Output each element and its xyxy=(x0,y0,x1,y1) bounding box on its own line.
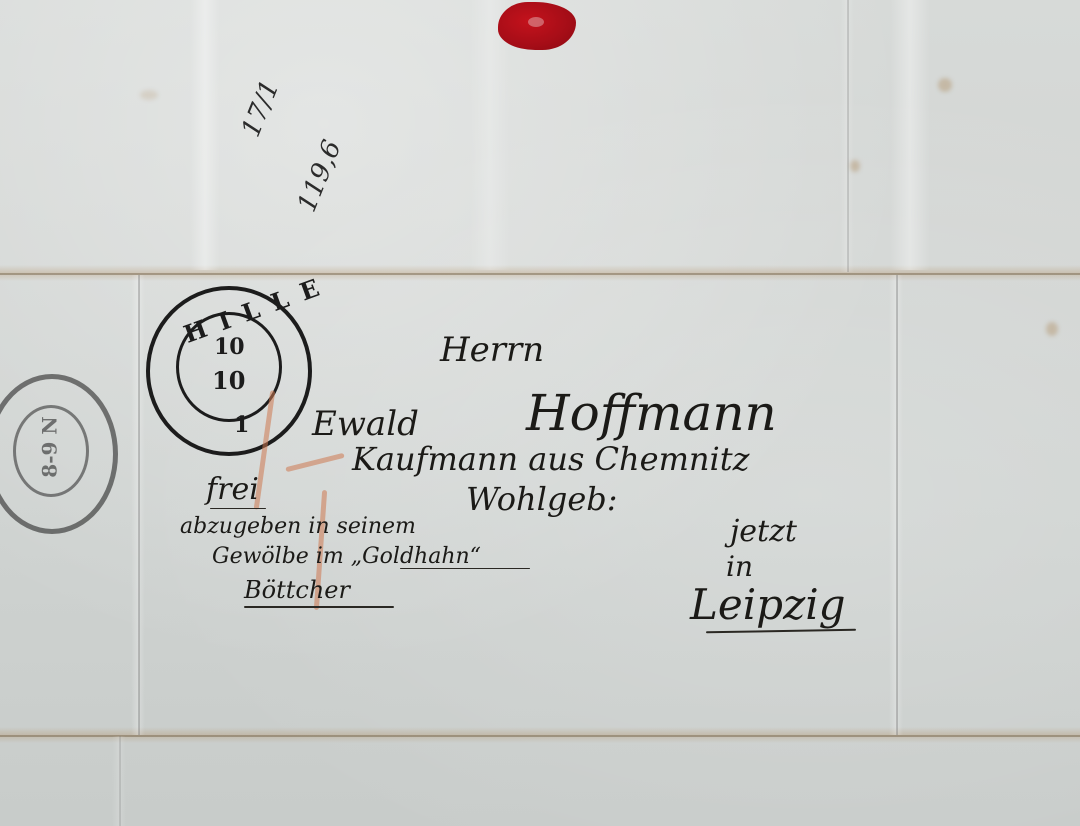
foxing-stain xyxy=(938,78,952,92)
vertical-crease-bottom xyxy=(118,736,122,826)
address-occupation: Kaufmann aus Chemnitz xyxy=(352,440,749,478)
name-underline xyxy=(244,606,394,608)
postmark-day: 10 xyxy=(214,334,245,360)
city-underline xyxy=(706,629,856,634)
red-wax-seal xyxy=(498,2,576,50)
foxing-stain xyxy=(140,90,158,100)
paid-underline xyxy=(210,508,266,509)
note-line1: abzugeben in seinem xyxy=(180,514,416,539)
address-honorific: Wohlgeb: xyxy=(466,480,618,518)
hille-postmark: HILLE 10 10 1 xyxy=(146,286,312,456)
vertical-fold-left xyxy=(137,275,141,735)
foxing-stain xyxy=(850,160,860,172)
address-now: jetzt xyxy=(730,514,797,549)
paper-crease xyxy=(890,0,930,270)
letter-cover: 17/1 119,6 8-9 N HILLE 10 10 1 Herrn Ewa… xyxy=(0,0,1080,826)
horizontal-fold-upper xyxy=(0,271,1080,277)
address-first-name: Ewald xyxy=(312,404,419,444)
red-crayon-stroke xyxy=(285,453,344,472)
goldhahn-underline xyxy=(400,568,530,569)
horizontal-fold-lower xyxy=(0,733,1080,739)
address-surname: Hoffmann xyxy=(526,384,777,442)
pencil-note-line2: 119,6 xyxy=(292,136,348,216)
address-city: Leipzig xyxy=(690,580,846,629)
postmark-bottom: 1 xyxy=(234,412,249,438)
vertical-crease-top xyxy=(846,0,850,272)
vertical-fold-right xyxy=(895,275,899,735)
note-paid: frei xyxy=(206,472,259,507)
pencil-note-line1: 17/1 xyxy=(236,76,286,141)
faded-postmark-text: 8-9 N xyxy=(38,416,62,477)
note-line3: Böttcher xyxy=(244,576,350,604)
address-salutation: Herrn xyxy=(440,330,544,370)
faded-postmark: 8-9 N xyxy=(0,374,118,534)
foxing-stain xyxy=(1046,322,1058,336)
paper-crease xyxy=(190,0,220,270)
address-in: in xyxy=(726,550,753,583)
postmark-month: 10 xyxy=(212,366,245,395)
note-line2: Gewölbe im „Goldhahn“ xyxy=(212,544,481,569)
